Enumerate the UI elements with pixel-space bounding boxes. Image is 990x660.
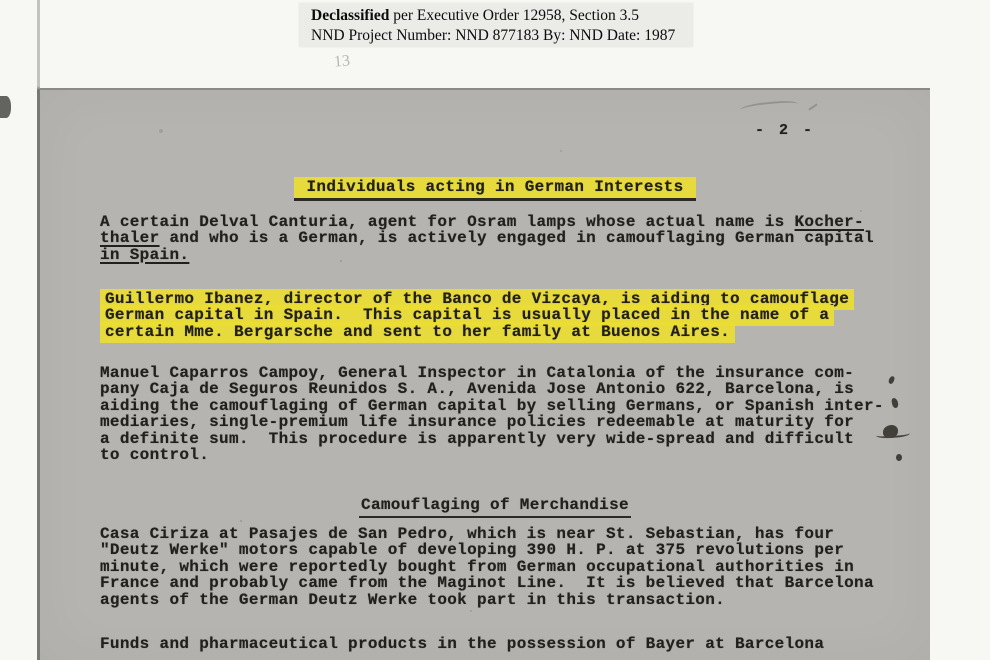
ink-blot xyxy=(896,454,902,461)
text-line: pany Caja de Seguros Reunidos S. A., Ave… xyxy=(100,380,854,398)
text-line: agents of the German Deutz Werke took pa… xyxy=(100,591,725,609)
document-page: - 2 - Individuals acting in German Inter… xyxy=(40,88,930,660)
stamp-line-1-rest: per Executive Order 12958, Section 3.5 xyxy=(389,7,639,24)
text-run: and who is a German, is actively engaged… xyxy=(160,229,874,247)
underlined-text: thaler xyxy=(100,229,160,247)
page-number: - 2 - xyxy=(755,123,815,139)
stamp-declassified-word: Declassified xyxy=(311,7,389,24)
ink-blot-squiggle xyxy=(876,430,910,439)
underlined-text: in Spain. xyxy=(100,246,189,264)
scan-smudge xyxy=(0,96,11,118)
stamp-line-2: NND Project Number: NND 877183 By: NND D… xyxy=(311,26,681,46)
scratch-mark xyxy=(740,99,799,115)
scratch-tick xyxy=(808,103,817,110)
paragraph-casa-ciriza: Casa Ciriza at Pasajes de San Pedro, whi… xyxy=(100,526,890,608)
pencil-mark: 13 xyxy=(333,52,351,71)
heading-highlight: Individuals acting in German Interests xyxy=(294,177,695,201)
section-heading-individuals: Individuals acting in German Interests xyxy=(100,177,890,201)
text-line: to control. xyxy=(100,446,209,464)
ink-blot xyxy=(891,397,899,408)
text-line: "Deutz Werke" motors capable of developi… xyxy=(100,541,844,559)
scan-noise-specks xyxy=(40,90,42,92)
text-line: France and probably came from the Magino… xyxy=(100,574,874,592)
heading-underline: Camouflaging of Merchandise xyxy=(359,495,631,518)
paragraph-delval-canturia: A certain Delval Canturia, agent for Osr… xyxy=(100,214,890,263)
stamp-line-1: Declassified per Executive Order 12958, … xyxy=(311,6,681,26)
highlighted-line: certain Mme. Bergarsche and sent to her … xyxy=(100,322,735,343)
paragraph-guillermo-ibanez-highlighted: Guillermo Ibanez, director of the Banco … xyxy=(100,291,890,340)
ink-blot xyxy=(888,375,895,384)
text-line: mediaries, single-premium life insurance… xyxy=(100,413,854,431)
text-line: Funds and pharmaceutical products in the… xyxy=(100,635,824,653)
section-heading-merchandise: Camouflaging of Merchandise xyxy=(100,495,890,518)
text-line: a definite sum. This procedure is appare… xyxy=(100,430,854,448)
declassification-stamp: Declassified per Executive Order 12958, … xyxy=(299,3,693,47)
paragraph-manuel-caparros: Manuel Caparros Campoy, General Inspecto… xyxy=(100,365,890,463)
scanned-document-page: { "colors": { "page_gray": "#b5b4b0", "h… xyxy=(0,0,990,660)
paragraph-bayer-funds: Funds and pharmaceutical products in the… xyxy=(100,636,890,652)
